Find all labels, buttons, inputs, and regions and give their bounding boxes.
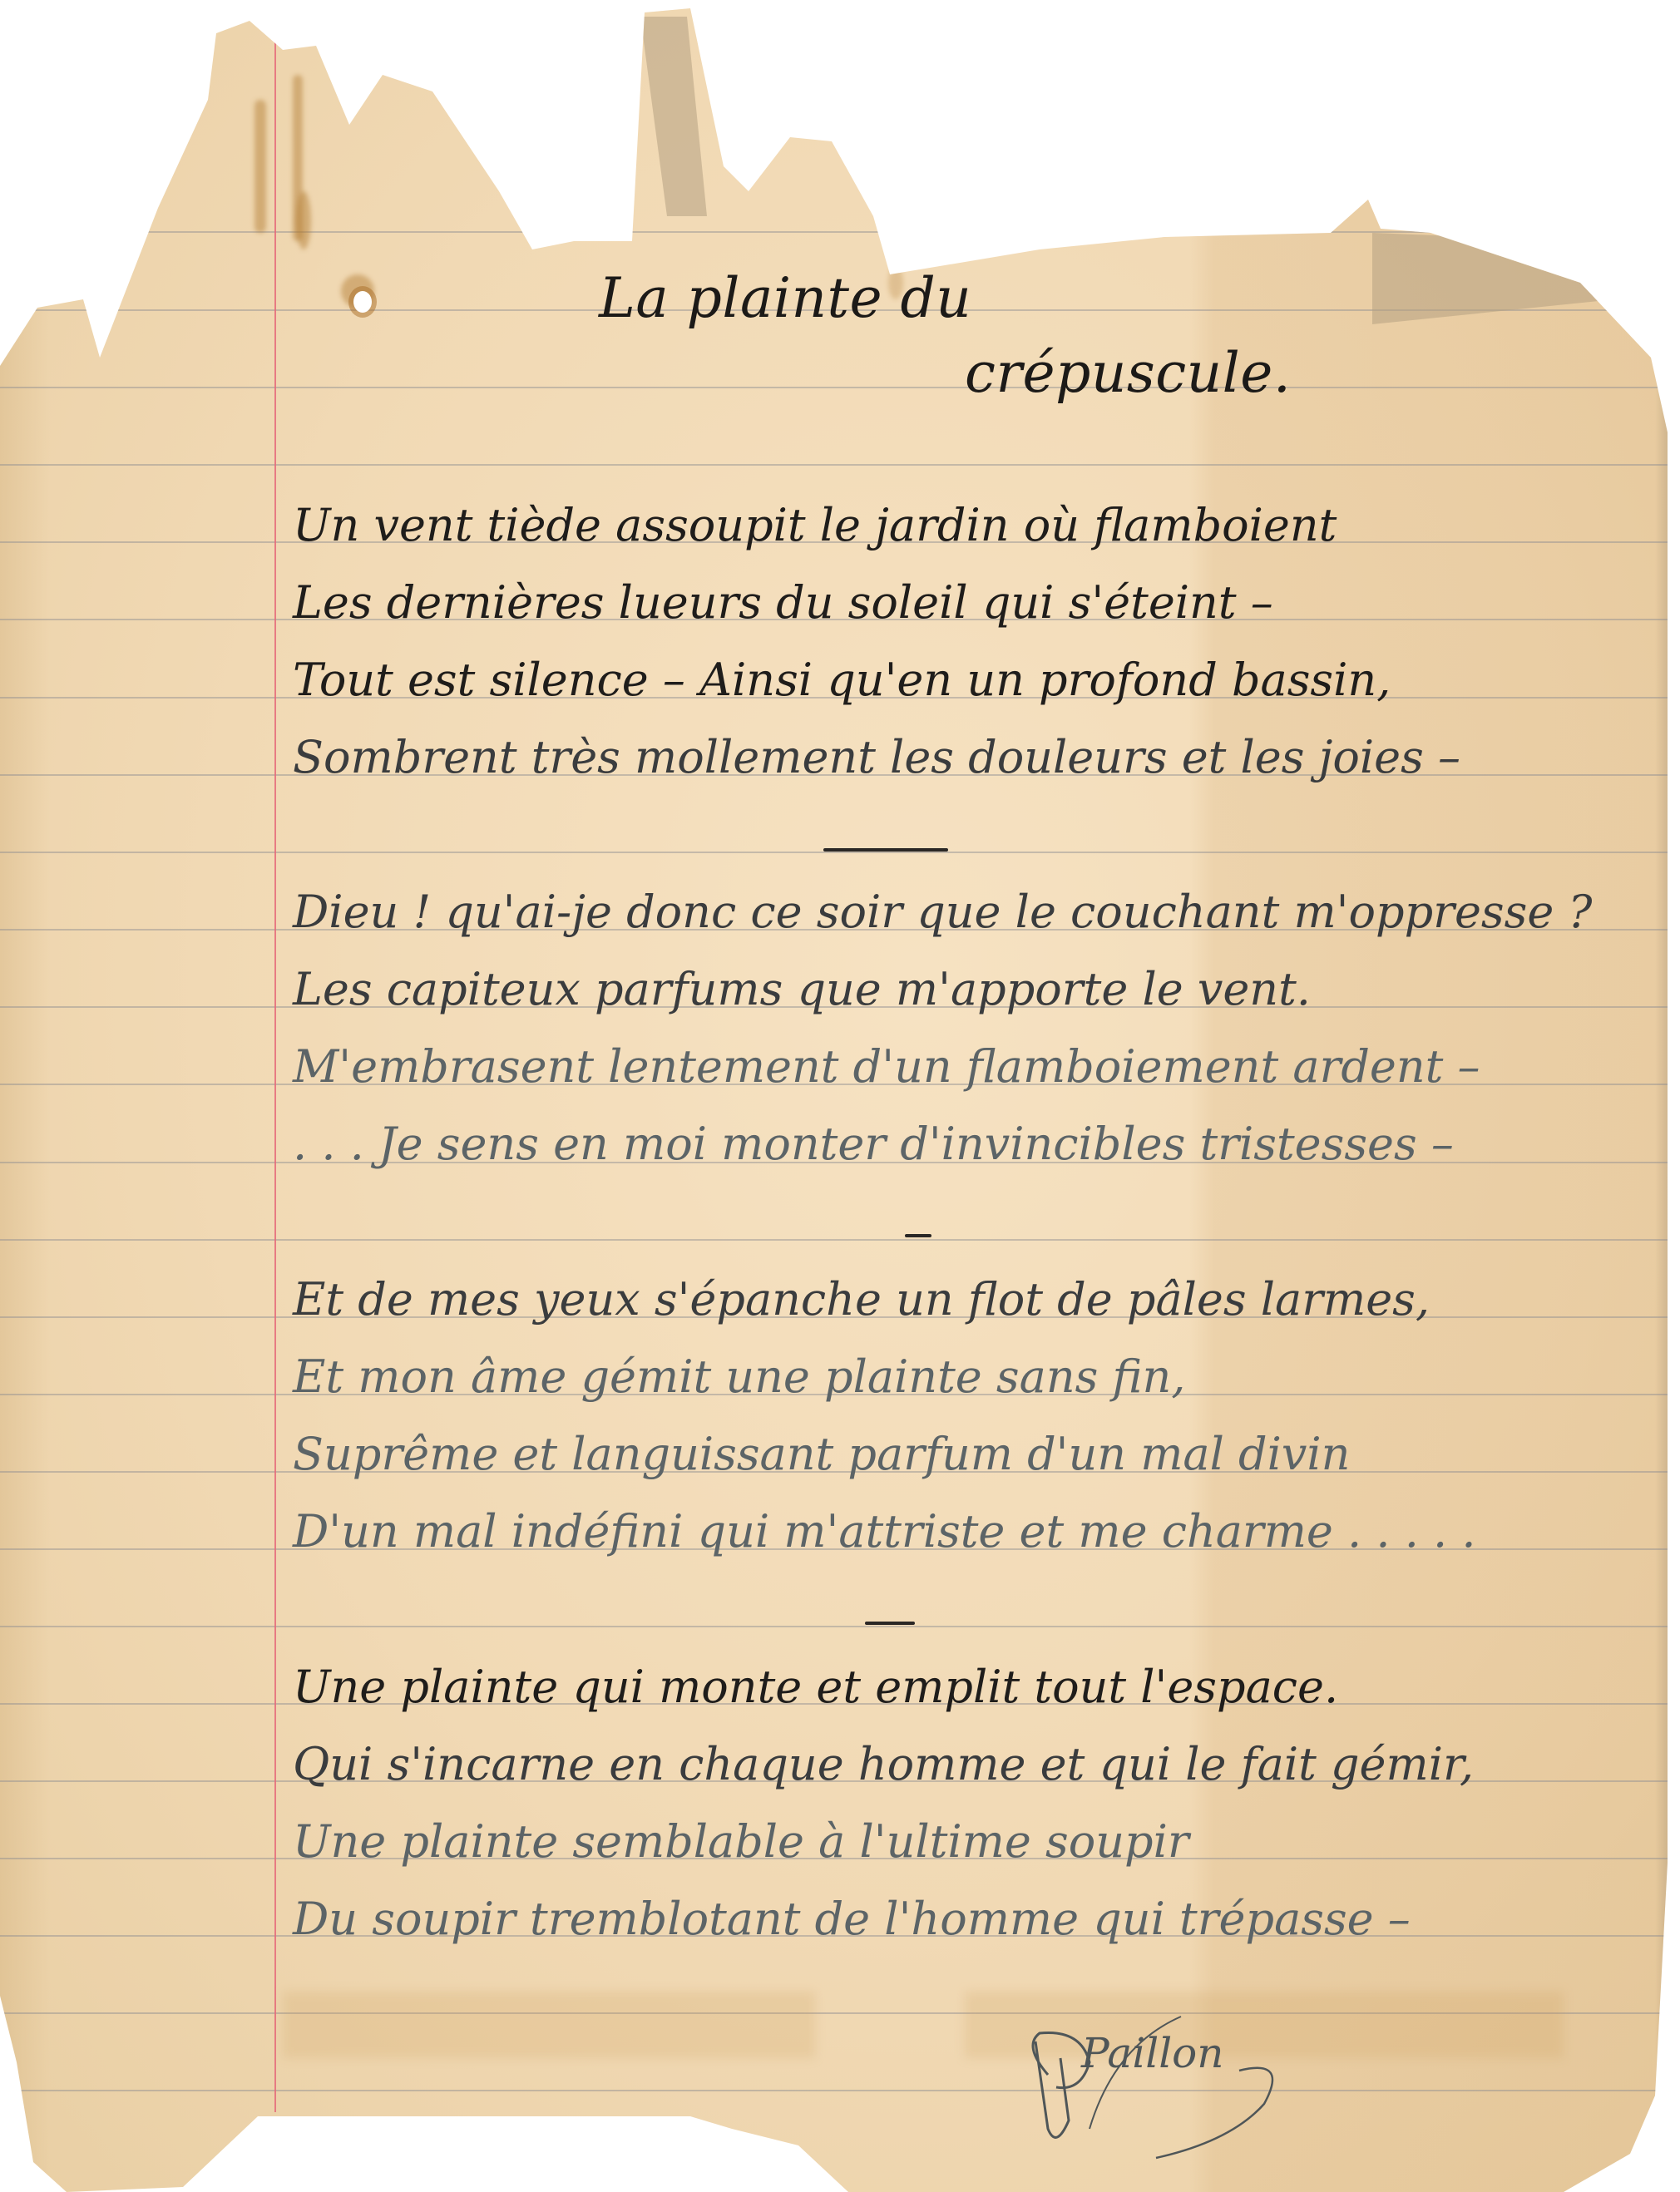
verse-line: Et de mes yeux s'épanche un flot de pâle… (293, 1277, 1430, 1322)
verse-line: Dieu ! qu'ai-je donc ce soir que le couc… (293, 890, 1592, 935)
stain (296, 191, 311, 249)
stanza-separator (905, 1234, 931, 1237)
verse-line: . . . Je sens en moi monter d'invincible… (293, 1122, 1454, 1167)
verse-line: Sombrent très mollement les douleurs et … (293, 735, 1460, 780)
ruled-line (0, 1626, 1668, 1627)
poem-title-line-2: crépuscule. (965, 341, 1291, 405)
verse-line: Les capiteux parfums que m'apporte le ve… (293, 967, 1311, 1012)
stanza-separator (823, 848, 948, 852)
verse-line: D'un mal indéfini qui m'attriste et me c… (293, 1509, 1476, 1554)
signature-text: Paillon (1081, 2029, 1223, 2077)
verse-line: Du soupir tremblotant de l'homme qui tré… (293, 1897, 1411, 1942)
paper-hole (353, 291, 372, 313)
ruled-line (0, 2090, 1668, 2091)
ruled-line (0, 387, 1668, 388)
verse-line: Une plainte qui monte et emplit tout l'e… (293, 1665, 1338, 1710)
stain (254, 100, 266, 233)
verse-line: Les dernières lueurs du soleil qui s'éte… (293, 580, 1273, 625)
verse-line: Une plainte semblable à l'ultime soupir (293, 1819, 1189, 1864)
verse-line: M'embrasent lentement d'un flamboiement … (293, 1044, 1480, 1089)
verse-line: Tout est silence – Ainsi qu'en un profon… (293, 658, 1391, 703)
red-margin-line (274, 25, 276, 2112)
verse-line: Suprême et languissant parfum d'un mal d… (293, 1432, 1350, 1477)
verse-line: Qui s'incarne en chaque homme et qui le … (293, 1742, 1474, 1787)
torn-flap (640, 17, 707, 216)
verse-line: Un vent tiède assoupit le jardin où flam… (293, 503, 1337, 548)
ruled-line (0, 1239, 1668, 1241)
ruled-line (0, 464, 1668, 466)
stanza-separator (865, 1622, 915, 1625)
author-signature: Paillon (990, 1996, 1322, 2162)
aged-paper: La plainte du crépuscule. Un vent tiède … (0, 0, 1668, 2192)
poem-title-line-1: La plainte du (599, 266, 971, 330)
discoloration-band (283, 1992, 815, 2058)
ruled-line (0, 231, 1668, 233)
manuscript-sheet: La plainte du crépuscule. Un vent tiède … (0, 0, 1680, 2192)
verse-line: Et mon âme gémit une plainte sans fin, (293, 1355, 1185, 1400)
ruled-line (0, 852, 1668, 853)
signature-flourish-icon (990, 1996, 1322, 2162)
